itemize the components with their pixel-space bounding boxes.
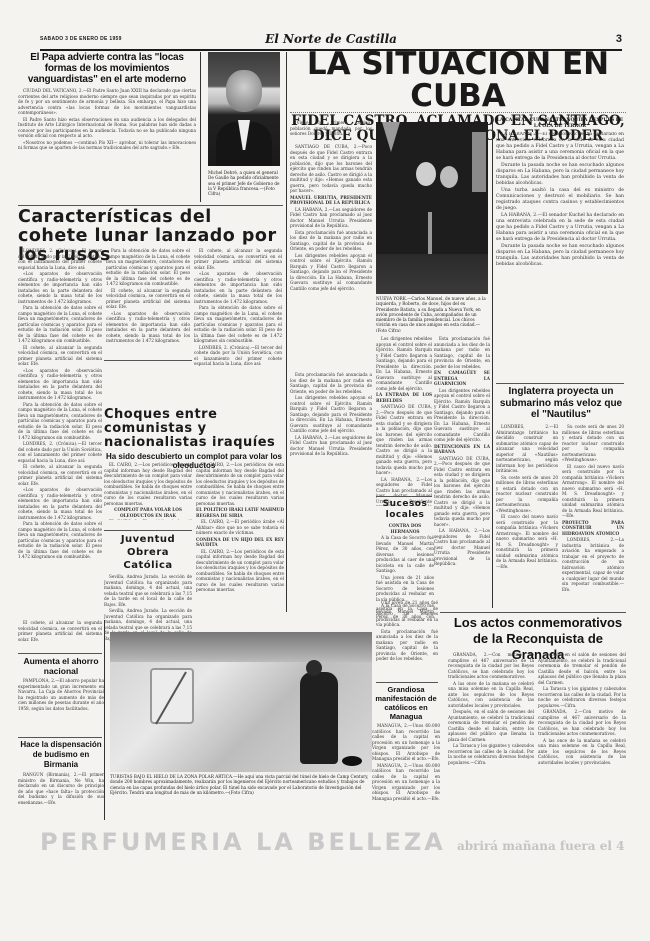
paragraph: El cohete, al alcanzar la segunda veloci… [18, 620, 102, 642]
figure [382, 122, 400, 152]
body-cuba-col3: Esta proclamación fué anunciada a los di… [434, 336, 490, 596]
paragraph: RANGUN (Birmania), 2.—El primer ministro… [18, 772, 104, 805]
headline-ahorro: Aumenta el ahorro nacional [18, 656, 104, 676]
paragraph: Sevilla, Andrea Jurado. La sección de Ju… [104, 574, 192, 607]
paragraph: «Nosotros no podemos —continuó Pío XII— … [18, 140, 196, 151]
paragraph: LONDRES, 2. (Crónica).—El tercer del coh… [18, 248, 102, 270]
headline-manifestacion: Grandiosa manifestación de católicos en … [372, 685, 440, 721]
body-cuba-col1-lower: Esta proclamación fué anunciada a los di… [290, 372, 372, 492]
paragraph: La Tarasca y los gigantes y cabezudos re… [448, 743, 534, 765]
portrait-face [226, 70, 262, 112]
headline-cuba: LA SITUACION EN CUBA [290, 48, 626, 112]
paragraph: Una joven de 21 años fué asistida en la … [376, 575, 434, 603]
child-face [416, 162, 436, 186]
paragraph: El cohete, al alcanzar la segunda veloci… [18, 464, 102, 486]
paragraph: LA HABANA, 2.—El senador Kuchel ha decla… [496, 132, 624, 162]
paragraph: GRANADA, 2.—Con motivo de cumplirse el 4… [448, 652, 534, 680]
cuba-photo [376, 122, 488, 294]
article-birmania: Hace la dispensación de budismo en Birma… [18, 740, 104, 824]
paragraph: GRANADA, 2.—Con motivo de cumplirse el 4… [538, 709, 626, 737]
headline-birmania: Hace la dispensación de budismo en Birma… [18, 740, 104, 770]
paragraph: Para la obtención de datos sobre el camp… [18, 305, 102, 344]
column-divider [492, 118, 493, 608]
section-rule [440, 612, 626, 613]
tunnel-ceiling [110, 632, 372, 662]
paragraph: SANTIAGO DE CUBA, 2.—Poco después de que… [376, 404, 432, 476]
body-cohete-end: El cohete, al alcanzar la segunda veloci… [18, 620, 102, 660]
paragraph: LA HABANA, 2.—El senador Kuchel ha decla… [496, 213, 624, 243]
body-birmania: RANGUN (Birmania), 2.—El primer ministro… [18, 772, 104, 824]
body-cohete-col1: LONDRES, 2. (Crónica).—El tercer del coh… [18, 248, 102, 633]
paragraph: A las once de la mañana se celebró una m… [538, 738, 626, 766]
paragraph: A las once de la mañana se celebró una m… [448, 681, 534, 709]
paragraph: EL CAIRO, 2.—Los periódicos de esta capi… [196, 549, 284, 593]
paragraph: Su coste será de unos 20 millones de lib… [562, 424, 624, 463]
article-capital-cubana: LA CAPITAL CUBANA, TRANQUILA DESPUES DE … [496, 118, 624, 362]
advertisement-banner: PERFUMERIA LA BELLEZA abrirá mañana fuer… [40, 828, 640, 856]
article-ahorro: Aumenta el ahorro nacional PAMPLONA, 2.—… [18, 656, 104, 728]
subheading: LA ENTRADA DE LOS REBELDES [376, 392, 432, 403]
body-cuba-col1: (Viene de primera página) población qued… [290, 120, 372, 370]
paragraph: Para la obtención de datos sobre el camp… [106, 248, 190, 287]
body-misc: Una joven de 21 años fué asistida en la … [376, 600, 438, 680]
paragraph: EL CAIRO, 2.—El periódico árabe «Al Akhb… [196, 519, 284, 536]
paragraph: Los dirigentes rebeldes apoyan el contro… [434, 388, 490, 443]
paragraph: EL CAIRO, 2.—El periódico árabe «Al Akhb… [104, 519, 192, 520]
body-inglaterra-col1: LONDRES, 2.—El Almirantazgo británico ha… [496, 424, 558, 610]
paragraph: El cohete, al alcanzar la segunda veloci… [106, 288, 190, 310]
newspaper-name: El Norte de Castilla [40, 32, 622, 46]
article-manifestacion: Grandiosa manifestación de católicos en … [372, 685, 440, 823]
section-rule [18, 737, 102, 738]
paragraph: El cohete, al alcanzar la segunda veloci… [18, 345, 102, 367]
paragraph: Para la obtención de datos sobre el camp… [18, 521, 102, 560]
paragraph: El cohete, al alcanzar la segunda veloci… [194, 248, 282, 270]
dark-object [342, 756, 362, 766]
paragraph: «Los aparatos de observación científica … [18, 487, 102, 520]
paragraph: MANAGUA, 2.—Unos 60.000 católicos han re… [372, 763, 440, 802]
portrait-caption: Michel Debré, a quien el general De Gaul… [208, 170, 282, 208]
child-face [440, 166, 458, 188]
body-choques-col1: EL CAIRO, 2.—Los periódicos de esta capi… [104, 462, 192, 520]
paragraph: SANTIAGO DE CUBA, 2.—Poco después de que… [290, 144, 372, 194]
paragraph: MANAGUA, 2.—Unos 60.000 católicos han re… [372, 723, 440, 762]
headline-sucesos: Sucesos locales [376, 499, 434, 521]
subheading: MANUEL URRUTIA, PRESIDENTE PROVISIONAL D… [290, 195, 372, 206]
section-rule [18, 653, 102, 654]
body-ahorro: PAMPLONA, 2.—El ahorro popular ha experi… [18, 678, 104, 728]
paragraph: Para la obtención de datos sobre el camp… [194, 305, 282, 344]
column-divider [286, 52, 287, 612]
paragraph: LONDRES, 2.—El Almirantazgo británico ha… [496, 424, 558, 474]
paragraph: EL CAIRO, 2.—Los periódicos de esta capi… [104, 462, 192, 506]
paragraph: Esta proclamación fué anunciada a los di… [290, 230, 372, 252]
portrait-photo [208, 52, 280, 166]
column-divider [104, 620, 105, 820]
headline-choques: Choques entre comunistas y nacionalistas… [104, 408, 284, 450]
paragraph: El casco del nuevo navío será construido… [562, 464, 624, 519]
paragraph: Los dirigentes rebeldes apoyan el contro… [376, 336, 432, 391]
page-number: 3 [616, 33, 622, 45]
paragraph: «Los aparatos de observación científica … [194, 271, 282, 304]
paragraph: Esta proclamación fué anunciada a los di… [434, 336, 490, 369]
paragraph: «Los aparatos de observación científica … [106, 311, 190, 344]
body-choques-col2: EL CAIRO, 2.—Los periódicos de esta capi… [196, 462, 284, 652]
paragraph: Los dirigentes rebeldes apoyan el contro… [290, 395, 372, 434]
section-rule [376, 496, 432, 497]
paragraph: Esta proclamación fué anunciada a los di… [376, 629, 438, 662]
paragraph: A la Casa de Socorro fué llevado Manuel … [376, 535, 434, 574]
paragraph: Después, en el salón de sesiones del Ayu… [448, 709, 534, 742]
separator: * * * [290, 138, 372, 144]
paragraph: LA HABANA, 2.—Los seguidores de Fidel Ca… [434, 528, 490, 567]
arctic-tunnel-photo [110, 632, 372, 772]
figure [472, 132, 486, 192]
paragraph: Durante la pasada noche se han escuchado… [496, 244, 624, 268]
article-inglaterra: Inglaterra proyecta un submarino más vel… [498, 386, 624, 421]
subheading: EL POLITICO IRAKI LATIF MAHMUD REGRESA D… [196, 507, 284, 518]
headline-juventud: Juventud Obrera Católica [104, 533, 192, 572]
headline-inglaterra: Inglaterra proyecta un submarino más vel… [498, 386, 624, 421]
subheading: DETENCIONES EN LA HABANA [434, 444, 490, 455]
body-granada-col1: GRANADA, 2.—Con motivo de cumplirse el 4… [448, 652, 534, 820]
paragraph: Esta proclamación fué anunciada a los di… [290, 372, 372, 394]
paragraph: PAMPLONA, 2.—El ahorro popular ha experi… [18, 678, 104, 711]
arctic-photo-caption: TURISTAS BAJO EL HIELO DE LA ZONA POLAR … [110, 774, 372, 818]
paragraph: «Los aparatos de observación científica … [18, 271, 102, 304]
paragraph: Una joven de 21 años fué asistida en la … [376, 600, 438, 628]
paragraph: Para la obtención de datos sobre el camp… [18, 402, 102, 441]
paragraph: LA HABANA, 2.—Los seguidores de Fidel Ca… [290, 435, 372, 457]
paragraph: El casco del nuevo navío será construido… [496, 514, 558, 569]
article-choques: Choques entre comunistas y nacionalistas… [104, 408, 284, 470]
subheading: CONDENA DE UN HIJO DEL EX REY SAUDITA [196, 537, 284, 548]
paragraph: Después, en el salón de sesiones del Ayu… [538, 652, 626, 685]
section-rule [18, 205, 283, 206]
headline-papa: El Papa advierte contra las "locas forma… [18, 52, 196, 85]
section-rule [104, 530, 192, 531]
ad-tagline: abrirá mañana fuera el 4 [457, 839, 625, 853]
paragraph: LA HABANA, 2.—Los seguidores de Fidel Ca… [290, 207, 372, 229]
intro: (Viene de primera página) población qued… [290, 120, 372, 137]
paragraph: Durante la pasada noche se han escuchado… [496, 163, 624, 187]
subheading: CONTRA DOS HERMANOS [376, 523, 434, 534]
subheading: EN CAMAGÜEY SE ENTREGA LA GUARNICION [434, 370, 490, 387]
cuba-photo-caption: NUEVA YORK.—Carlos Manuel, de nueve años… [376, 296, 488, 332]
body-cohete-col2: Para la obtención de datos sobre el camp… [106, 248, 190, 358]
headline-capital: LA CAPITAL CUBANA, TRANQUILA DESPUES DE … [496, 118, 624, 129]
body-papa: CIUDAD DEL VATICANO, 2.—El Padre Santo J… [18, 88, 196, 166]
body-cuba-col2: Los dirigentes rebeldes apoyan el contro… [376, 336, 432, 506]
body-cohete-col3: El cohete, al alcanzar la segunda veloci… [194, 248, 282, 423]
paragraph: La Tarasca y los gigantes y cabezudos re… [538, 686, 626, 708]
subheading: COMPLOT PARA VOLAR LOS OLEODUCTOS EN IRA… [104, 507, 192, 518]
ad-brand: PERFUMERIA LA BELLEZA [40, 828, 446, 856]
article-papa: El Papa advierte contra las "locas forma… [18, 52, 196, 166]
section-rule [376, 682, 438, 683]
paragraph: LONDRES, 2.—La industria británica de av… [562, 537, 624, 592]
paragraph: LONDRES, 2. (Crónica).—El tercer del coh… [194, 345, 282, 367]
paragraph: El Padre Santo hizo estas observaciones … [18, 117, 196, 139]
person-head [306, 660, 322, 676]
column-divider [200, 52, 201, 202]
section-rule [104, 360, 192, 361]
paragraph: SANTIAGO DE CUBA, 2.—Poco después de que… [434, 456, 490, 528]
section-rule [496, 383, 624, 384]
paragraph: «Los aparatos de observación científica … [18, 368, 102, 401]
subheading: PROYECTO PARA CONSTRUIR UN HIDROAVION AT… [562, 520, 624, 537]
body-capital: LA HABANA, 2.—El senador Kuchel ha decla… [496, 132, 624, 362]
person-figure [300, 672, 338, 764]
paragraph: LONDRES, 2. (Crónica).—El tercer del coh… [18, 441, 102, 463]
paragraph: Los dirigentes rebeldes apoyan el contro… [290, 253, 372, 292]
body-manifestacion: MANAGUA, 2.—Unos 60.000 católicos han re… [372, 723, 440, 823]
body-inglaterra-col2: Su coste será de unos 20 millones de lib… [562, 424, 624, 610]
ground [376, 254, 488, 294]
paragraph: EL CAIRO, 2.—Los periódicos de esta capi… [196, 462, 284, 506]
paragraph: Su coste será de unos 20 millones de lib… [496, 475, 558, 514]
paragraph: CIUDAD DEL VATICANO, 2.—El Padre Santo J… [18, 88, 196, 116]
body-granada-col2: Después, en el salón de sesiones del Ayu… [538, 652, 626, 820]
paragraph: Una turba asaltó la casa del ex ministro… [496, 188, 624, 212]
